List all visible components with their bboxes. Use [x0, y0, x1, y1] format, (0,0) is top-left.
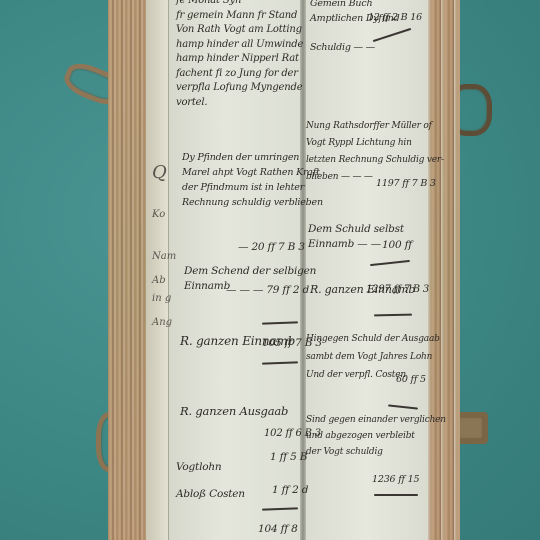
left-entry-costs-amount: 1 ff 2 d: [272, 483, 308, 498]
margin-fragment: Ab Ang: [152, 246, 172, 344]
right-entry-header-amount: 12 ff 2 B 16: [368, 10, 422, 25]
left-entry-bailiff-wage-amount: 1 ff 5 B: [270, 450, 307, 465]
left-entry-receipts-amount: — — — 79 ff 2 d: [226, 283, 309, 298]
left-entry-costs: Abloß Costen: [176, 487, 245, 502]
left-page-edges: [108, 0, 147, 540]
right-entry-balance: Sind gegen einander verglichen und abgez…: [306, 412, 446, 460]
left-entry-carryover-amount: — 20 ff 7 B 3: [238, 240, 305, 255]
right-entry-carryover-amount: 1197 ff 7 B 3: [376, 176, 436, 191]
left-entry-final-amount: 104 ff 8: [258, 522, 298, 537]
right-entry-owed: Schuldig — —: [310, 40, 375, 55]
right-entry-total-receipts-amount: 1297 ff 7 B 3: [366, 282, 429, 297]
right-entry-balance-amount: 1236 ff 15: [372, 472, 419, 487]
right-entry-expenses-amount: 60 ff 5: [396, 372, 426, 387]
right-entry-receipts-amount: 100 ff: [382, 238, 412, 253]
left-entry-carryover: Dy Pfinden der umringen Marel ahpt Vogt …: [182, 150, 323, 210]
sum-rule: [374, 494, 418, 496]
left-entry-bailiff-wage: Vogtlohn: [176, 460, 222, 475]
left-entry-total-expenses: R. ganzen Ausgaab: [180, 404, 288, 419]
left-entry-header: fe Monat Syn fr gemein Mann fr Stand Von…: [176, 0, 303, 110]
